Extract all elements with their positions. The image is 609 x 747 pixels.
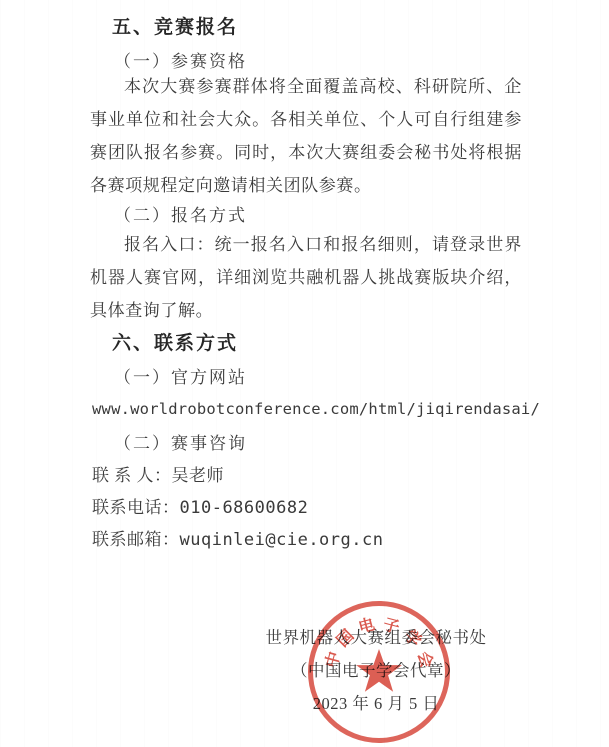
paragraph-method: 报名入口：统一报名入口和报名细则，请登录世界机器人赛官网，详细浏览共融机器人挑战… bbox=[90, 228, 522, 327]
contact-person-value: 吴老师 bbox=[172, 466, 225, 485]
seal-arc-char: 子 bbox=[381, 611, 402, 637]
document-page: 五、竞赛报名 （一）参赛资格 本次大赛参赛群体将全面覆盖高校、科研院所、企事业单… bbox=[0, 0, 609, 747]
section-heading-contact: 六、联系方式 bbox=[112, 328, 238, 355]
seal-arc-char: 电 bbox=[356, 611, 377, 637]
contact-phone-line: 联系电话：010-68600682 bbox=[92, 493, 308, 518]
section-heading-registration: 五、竞赛报名 bbox=[112, 12, 238, 39]
seal-arc-char: 中 bbox=[318, 649, 344, 670]
seal-arc-char: 国 bbox=[331, 624, 359, 652]
subheading-website: （一）官方网站 bbox=[114, 363, 247, 388]
seal-arc-char: 学 bbox=[400, 624, 428, 652]
star-icon bbox=[355, 647, 403, 695]
contact-email-value: wuqinlei@cie.org.cn bbox=[180, 530, 384, 550]
contact-phone-value: 010-68600682 bbox=[180, 498, 309, 518]
subheading-eligibility: （一）参赛资格 bbox=[114, 47, 247, 72]
contact-email-line: 联系邮箱：wuqinlei@cie.org.cn bbox=[92, 525, 383, 550]
subheading-method: （二）报名方式 bbox=[114, 201, 247, 226]
official-red-seal: 中 国 电 子 学 会 bbox=[308, 601, 450, 743]
contact-email-label: 联系邮箱： bbox=[92, 530, 180, 549]
subheading-consult: （二）赛事咨询 bbox=[114, 429, 247, 454]
seal-arc-char: 会 bbox=[413, 649, 439, 670]
contact-person-line: 联 系 人：吴老师 bbox=[92, 461, 224, 486]
website-url: www.worldrobotconference.com/html/jiqire… bbox=[92, 400, 540, 418]
paragraph-eligibility: 本次大赛参赛群体将全面覆盖高校、科研院所、企事业单位和社会大众。各相关单位、个人… bbox=[90, 70, 522, 202]
contact-person-label: 联 系 人： bbox=[92, 466, 172, 485]
contact-phone-label: 联系电话： bbox=[92, 498, 180, 517]
